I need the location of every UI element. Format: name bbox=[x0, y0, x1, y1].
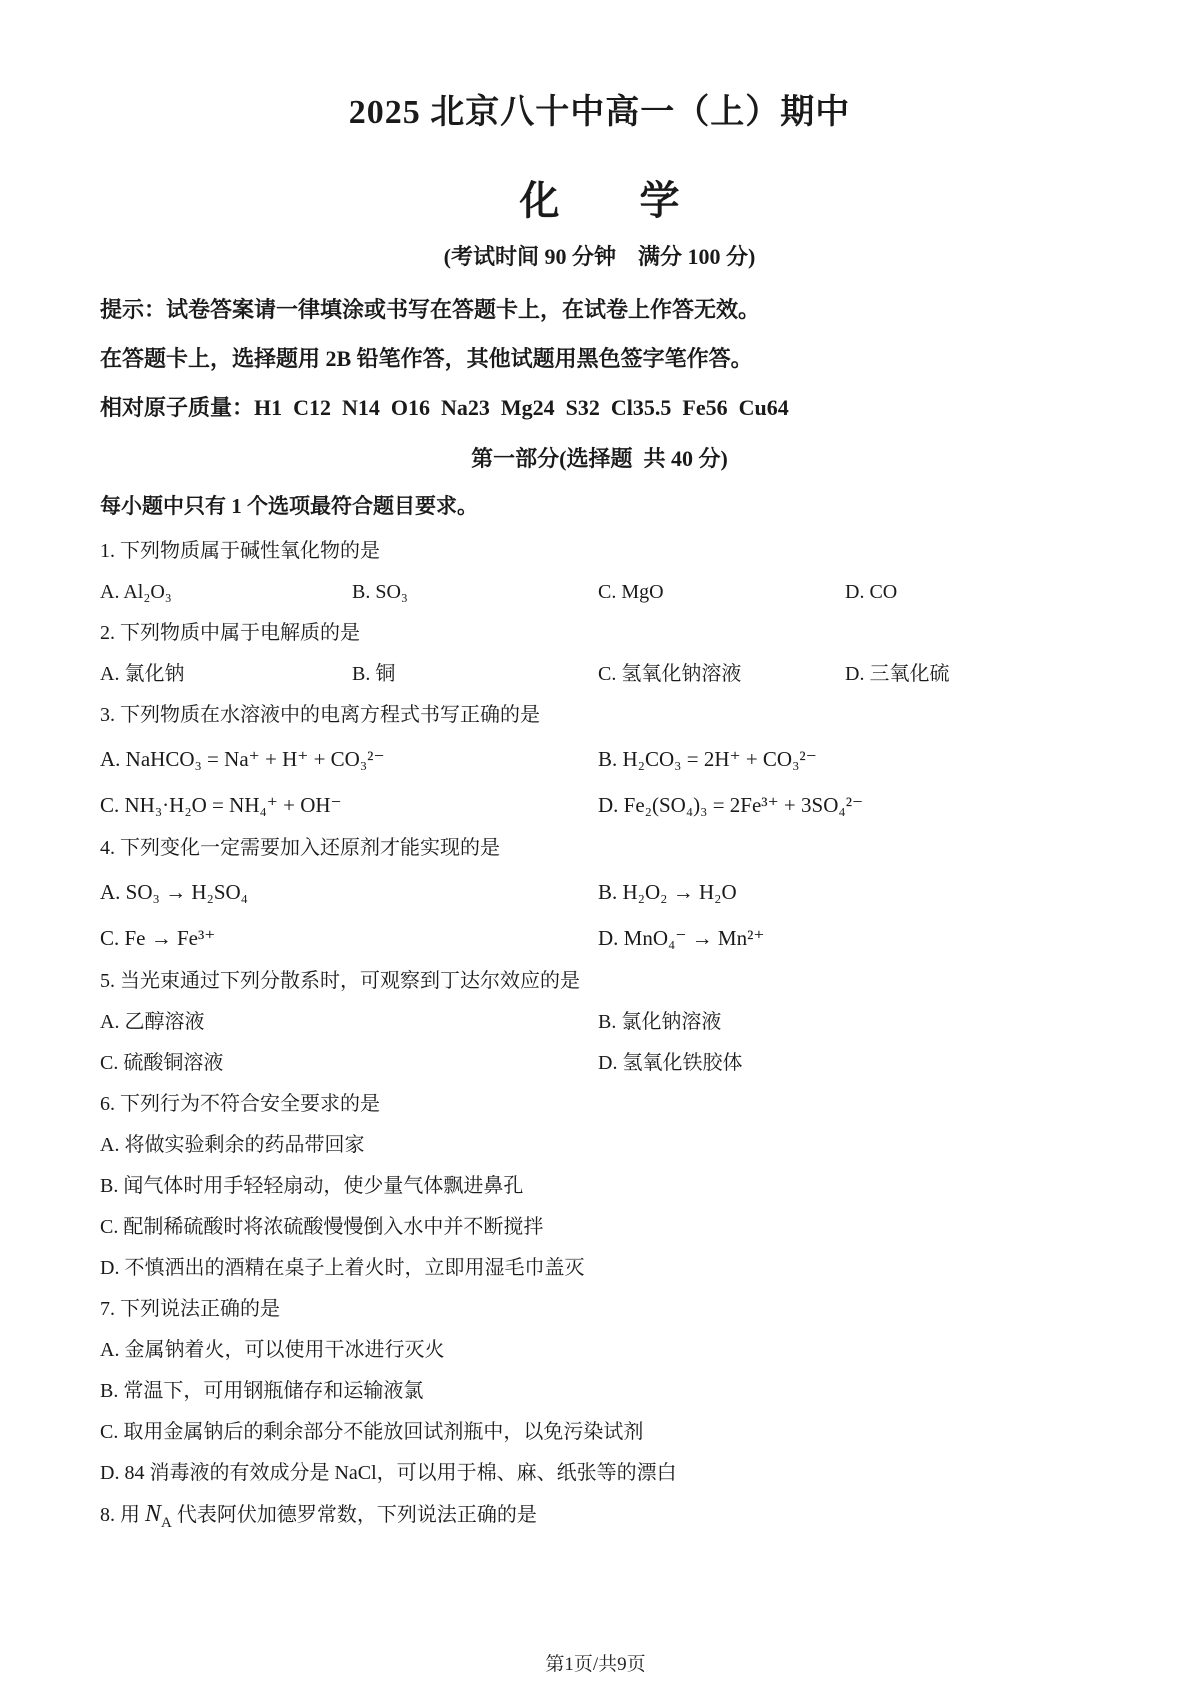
question-5-options: A. 乙醇溶液 B. 氯化钠溶液 C. 硫酸铜溶液 D. 氢氧化铁胶体 bbox=[100, 1010, 1099, 1076]
question-1: 1. 下列物质属于碱性氧化物的是 A. Al₂O₃ B. SO₃ C. MgO … bbox=[100, 539, 1099, 605]
question-1-option-b: B. SO₃ bbox=[352, 580, 598, 605]
avogadro-symbol-sub: A bbox=[161, 1515, 172, 1531]
question-5-option-b: B. 氯化钠溶液 bbox=[598, 1010, 1099, 1035]
subject-title: 化 学 bbox=[100, 169, 1099, 226]
question-6-option-a: A. 将做实验剩余的药品带回家 bbox=[100, 1133, 1099, 1158]
question-4-option-d: D. MnO₄⁻ → Mn²⁺ bbox=[598, 923, 1099, 953]
section-note: 每小题中只有 1 个选项最符合题目要求。 bbox=[100, 492, 1099, 521]
notice-line-2: 在答题卡上，选择题用 2B 铅笔作答，其他试题用黑色签字笔作答。 bbox=[100, 344, 1099, 373]
question-2-option-a: A. 氯化钠 bbox=[100, 662, 352, 687]
page-title: 2025 北京八十中高一（上）期中 bbox=[100, 84, 1099, 133]
question-7-option-c: C. 取用金属钠后的剩余部分不能放回试剂瓶中，以免污染试剂 bbox=[100, 1420, 1099, 1445]
avogadro-symbol-main: N bbox=[145, 1501, 161, 1527]
question-6-option-c: C. 配制稀硫酸时将浓硫酸慢慢倒入水中并不断搅拌 bbox=[100, 1215, 1099, 1240]
question-1-option-c: C. MgO bbox=[598, 580, 845, 605]
question-6: 6. 下列行为不符合安全要求的是 A. 将做实验剩余的药品带回家 B. 闻气体时… bbox=[100, 1092, 1099, 1281]
question-1-option-d: D. CO bbox=[845, 580, 1099, 605]
question-2-prompt: 2. 下列物质中属于电解质的是 bbox=[100, 621, 1099, 646]
question-1-option-a: A. Al₂O₃ bbox=[100, 580, 352, 605]
question-6-prompt: 6. 下列行为不符合安全要求的是 bbox=[100, 1092, 1099, 1117]
question-6-option-d: D. 不慎洒出的酒精在桌子上着火时，立即用湿毛巾盖灭 bbox=[100, 1256, 1099, 1281]
question-4-option-a: A. SO₃ → H₂SO₄ bbox=[100, 877, 598, 907]
question-3-option-d: D. Fe₂(SO₄)₃ = 2Fe³⁺ + 3SO₄²⁻ bbox=[598, 790, 1099, 820]
question-4-prompt: 4. 下列变化一定需要加入还原剂才能实现的是 bbox=[100, 836, 1099, 861]
question-3-option-c: C. NH₃·H₂O = NH₄⁺ + OH⁻ bbox=[100, 790, 598, 820]
question-2-option-d: D. 三氧化硫 bbox=[845, 662, 1099, 687]
question-1-prompt: 1. 下列物质属于碱性氧化物的是 bbox=[100, 539, 1099, 564]
question-3-option-a: A. NaHCO₃ = Na⁺ + H⁺ + CO₃²⁻ bbox=[100, 744, 598, 774]
question-3: 3. 下列物质在水溶液中的电离方程式书写正确的是 A. NaHCO₃ = Na⁺… bbox=[100, 703, 1099, 820]
question-8: 8. 用 NA 代表阿伏加德罗常数，下列说法正确的是 bbox=[100, 1502, 1099, 1536]
question-2-options: A. 氯化钠 B. 铜 C. 氢氧化钠溶液 D. 三氧化硫 bbox=[100, 662, 1099, 687]
question-2-option-b: B. 铜 bbox=[352, 662, 598, 687]
question-5-option-d: D. 氢氧化铁胶体 bbox=[598, 1051, 1099, 1076]
question-3-options: A. NaHCO₃ = Na⁺ + H⁺ + CO₃²⁻ B. H₂CO₃ = … bbox=[100, 744, 1099, 820]
question-4-option-c: C. Fe → Fe³⁺ bbox=[100, 923, 598, 953]
question-7-option-a: A. 金属钠着火，可以使用干冰进行灭火 bbox=[100, 1338, 1099, 1363]
question-2-option-c: C. 氢氧化钠溶液 bbox=[598, 662, 845, 687]
exam-paper-page: 2025 北京八十中高一（上）期中 化 学 (考试时间 90 分钟 满分 100… bbox=[0, 0, 1191, 1684]
question-3-option-b: B. H₂CO₃ = 2H⁺ + CO₃²⁻ bbox=[598, 744, 1099, 774]
question-8-prompt: 8. 用 NA 代表阿伏加德罗常数，下列说法正确的是 bbox=[100, 1502, 1099, 1536]
question-4: 4. 下列变化一定需要加入还原剂才能实现的是 A. SO₃ → H₂SO₄ B.… bbox=[100, 836, 1099, 953]
question-6-option-b: B. 闻气体时用手轻轻扇动，使少量气体飘进鼻孔 bbox=[100, 1174, 1099, 1199]
question-3-prompt: 3. 下列物质在水溶液中的电离方程式书写正确的是 bbox=[100, 703, 1099, 728]
question-4-option-b: B. H₂O₂ → H₂O bbox=[598, 877, 1099, 907]
question-8-prompt-suffix: 代表阿伏加德罗常数，下列说法正确的是 bbox=[172, 1504, 537, 1526]
atomic-masses-line: 相对原子质量：H1 C12 N14 O16 Na23 Mg24 S32 Cl35… bbox=[100, 393, 1099, 422]
question-7: 7. 下列说法正确的是 A. 金属钠着火，可以使用干冰进行灭火 B. 常温下，可… bbox=[100, 1297, 1099, 1486]
question-1-options: A. Al₂O₃ B. SO₃ C. MgO D. CO bbox=[100, 580, 1099, 605]
question-8-prompt-prefix: 8. 用 bbox=[100, 1504, 145, 1526]
exam-info: (考试时间 90 分钟 满分 100 分) bbox=[100, 240, 1099, 271]
page-footer: 第1页/共9页 bbox=[0, 1649, 1191, 1676]
question-5-option-c: C. 硫酸铜溶液 bbox=[100, 1051, 598, 1076]
section-title: 第一部分(选择题 共 40 分) bbox=[100, 442, 1099, 473]
question-7-prompt: 7. 下列说法正确的是 bbox=[100, 1297, 1099, 1322]
question-5-option-a: A. 乙醇溶液 bbox=[100, 1010, 598, 1035]
question-4-options: A. SO₃ → H₂SO₄ B. H₂O₂ → H₂O C. Fe → Fe³… bbox=[100, 877, 1099, 953]
question-7-option-d: D. 84 消毒液的有效成分是 NaCl，可以用于棉、麻、纸张等的漂白 bbox=[100, 1461, 1099, 1486]
question-5-prompt: 5. 当光束通过下列分散系时，可观察到丁达尔效应的是 bbox=[100, 969, 1099, 994]
question-7-option-b: B. 常温下，可用钢瓶储存和运输液氯 bbox=[100, 1379, 1099, 1404]
question-5: 5. 当光束通过下列分散系时，可观察到丁达尔效应的是 A. 乙醇溶液 B. 氯化… bbox=[100, 969, 1099, 1076]
question-2: 2. 下列物质中属于电解质的是 A. 氯化钠 B. 铜 C. 氢氧化钠溶液 D.… bbox=[100, 621, 1099, 687]
avogadro-symbol: NA bbox=[145, 1501, 172, 1527]
notice-line-1: 提示：试卷答案请一律填涂或书写在答题卡上，在试卷上作答无效。 bbox=[100, 295, 1099, 324]
